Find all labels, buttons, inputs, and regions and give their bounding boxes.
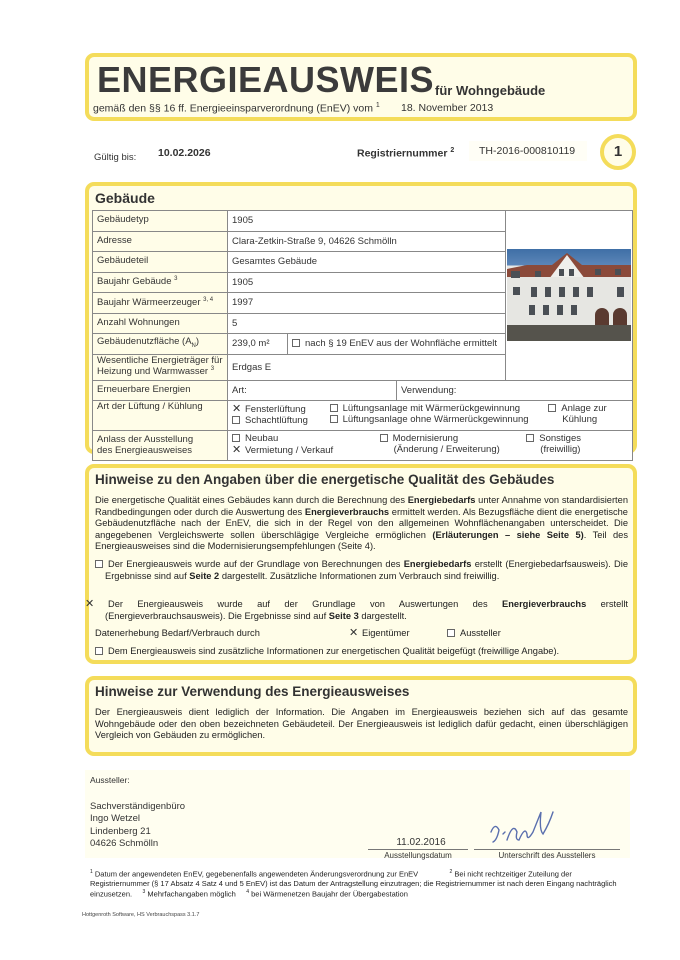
- table-row: Anlass der Ausstellungdes Energieausweis…: [93, 431, 633, 461]
- usage-notes-text: Der Energieausweis dient lediglich der I…: [95, 707, 628, 742]
- option-additional-info[interactable]: Dem Energieausweis sind zusätzliche Info…: [95, 646, 559, 656]
- option-cooling[interactable]: Anlage zurKühlung: [548, 404, 606, 426]
- option-demand-certificate[interactable]: Der Energieausweis wurde auf der Grundla…: [95, 559, 628, 582]
- option-shaft-ventilation[interactable]: Schachtlüftung: [232, 416, 327, 427]
- issuer-address: Sachverständigenbüro Ingo Wetzel Lindenb…: [90, 801, 185, 850]
- checkbox-icon[interactable]: [232, 434, 240, 442]
- usage-notes-section: Hinweise zur Verwendung des Energieauswe…: [85, 676, 637, 756]
- registration-number: TH-2016-000810119: [469, 141, 587, 161]
- footnotes: 1 Datum der angewendeten EnEV, gegebenen…: [90, 869, 630, 899]
- issuer-label: Aussteller:: [90, 775, 130, 785]
- checkbox-icon[interactable]: [232, 416, 240, 424]
- law-reference: gemäß den §§ 16 ff. Energieeinsparverord…: [93, 102, 380, 115]
- checkbox-icon[interactable]: [95, 647, 103, 655]
- option-other[interactable]: Sonstiges(freiwillig): [526, 434, 581, 456]
- table-row: Art der Lüftung / Kühlung ✕Fensterlüftun…: [93, 401, 633, 431]
- issue-date: 11.02.2016: [381, 837, 461, 848]
- quality-notes-section: Hinweise zu den Angaben über die energet…: [85, 464, 637, 664]
- page-number-badge: 1: [600, 134, 636, 170]
- checked-x-icon[interactable]: ✕: [349, 628, 359, 639]
- option-issuer[interactable]: Aussteller: [447, 628, 501, 638]
- registration-label: Registriernummer 2: [357, 147, 454, 160]
- option-ventilation-without-recovery[interactable]: Lüftungsanlage ohne Wärmerückgewinnung: [330, 415, 546, 426]
- building-section-title: Gebäude: [95, 190, 155, 206]
- table-row: Gebäudetyp 1905: [93, 211, 633, 232]
- checked-x-icon[interactable]: ✕: [232, 404, 242, 415]
- quality-notes-intro: Die energetische Qualität eines Gebäudes…: [95, 495, 628, 553]
- checked-x-icon[interactable]: ✕: [232, 445, 242, 456]
- checkbox-icon[interactable]: [526, 434, 534, 442]
- checked-x-icon[interactable]: ✕: [95, 599, 105, 610]
- area-option[interactable]: nach § 19 EnEV aus der Wohnfläche ermitt…: [288, 334, 506, 355]
- checkbox-icon[interactable]: [95, 560, 103, 568]
- issue-date-label: Ausstellungsdatum: [368, 851, 468, 860]
- checkbox-icon[interactable]: [447, 629, 455, 637]
- header-box: ENERGIEAUSWEIS für Wohngebäude gemäß den…: [85, 53, 637, 121]
- document-title: ENERGIEAUSWEIS: [97, 59, 434, 101]
- option-rental-sale[interactable]: ✕Vermietung / Verkauf: [232, 445, 377, 457]
- table-row: Erneuerbare Energien Art: Verwendung:: [93, 380, 633, 401]
- signature-mark: [485, 810, 565, 853]
- checkbox-icon[interactable]: [330, 404, 338, 412]
- document-subtitle: für Wohngebäude: [435, 83, 545, 98]
- software-credit: Hottgenroth Software, HS Verbrauchspass …: [82, 912, 199, 918]
- quality-notes-title: Hinweise zu den Angaben über die energet…: [95, 472, 554, 487]
- option-owner[interactable]: ✕Eigentümer: [349, 628, 410, 639]
- valid-until-value: 10.02.2026: [158, 147, 211, 159]
- valid-until-label: Gültig bis:: [94, 152, 136, 163]
- building-photo: [507, 249, 631, 341]
- building-table: Gebäudetyp 1905: [92, 210, 633, 461]
- checkbox-icon[interactable]: [330, 415, 338, 423]
- option-modernization[interactable]: Modernisierung(Änderung / Erweiterung): [380, 434, 524, 456]
- checkbox-icon[interactable]: [548, 404, 556, 412]
- law-date: 18. November 2013: [401, 102, 493, 114]
- checkbox-icon[interactable]: [380, 434, 388, 442]
- option-consumption-certificate[interactable]: ✕Der Energieausweis wurde auf der Grundl…: [95, 599, 628, 622]
- issue-date-line: [368, 849, 468, 850]
- usage-notes-title: Hinweise zur Verwendung des Energieauswe…: [95, 684, 409, 699]
- data-collection-label: Datenerhebung Bedarf/Verbrauch durch: [95, 628, 260, 638]
- building-section: Gebäude Gebäudetyp 1905: [85, 182, 637, 454]
- checkbox-icon[interactable]: [292, 339, 300, 347]
- option-new-building[interactable]: Neubau: [232, 434, 377, 445]
